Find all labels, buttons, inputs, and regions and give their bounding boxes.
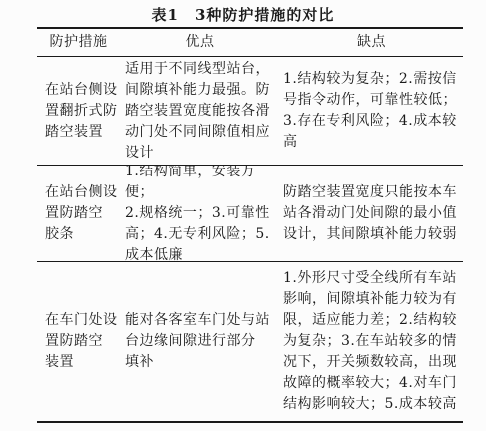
cell-measure: 在站台侧设 置防踏空 胶条 bbox=[37, 166, 120, 261]
table-row: 在站台侧设 置翻折式防 踏空装置 适用于不同线型站台， 间隙填补能力最强。防 踏… bbox=[37, 57, 463, 166]
table-header-row: 防护措施 优点 缺点 bbox=[37, 29, 463, 57]
document-page: 表1 3种防护措施的对比 防护措施 优点 缺点 在站台侧设 置翻折式防 踏空装置… bbox=[0, 0, 486, 431]
cell-cons: 防踏空装置宽度只能按本车 站各滑动门处间隙的最小值 设计，其间隙填补能力较弱 bbox=[280, 166, 463, 261]
column-header-measure: 防护措施 bbox=[37, 29, 120, 56]
cell-pros: 能对各客室车门处与站 台边缘间隙进行部分 填补 bbox=[120, 262, 280, 421]
cell-measure: 在车门处设 置防踏空 装置 bbox=[37, 262, 120, 421]
table-row: 在站台侧设 置防踏空 胶条 1.结构简单，安装方便； 2.规格统一；3.可靠性 … bbox=[37, 166, 463, 262]
column-header-cons: 缺点 bbox=[280, 29, 463, 56]
column-header-pros: 优点 bbox=[120, 29, 280, 56]
table-title: 表1 3种防护措施的对比 bbox=[0, 4, 486, 26]
cell-pros: 1.结构简单，安装方便； 2.规格统一；3.可靠性 高；4.无专利风险；5. 成… bbox=[120, 166, 280, 261]
comparison-table: 防护措施 优点 缺点 在站台侧设 置翻折式防 踏空装置 适用于不同线型站台， 间… bbox=[37, 27, 463, 423]
table-row: 在车门处设 置防踏空 装置 能对各客室车门处与站 台边缘间隙进行部分 填补 1.… bbox=[37, 262, 463, 421]
cell-pros: 适用于不同线型站台， 间隙填补能力最强。防 踏空装置宽度能按各滑 动门处不同间隙… bbox=[120, 57, 280, 165]
cell-cons: 1.结构较为复杂；2.需按信 号指令动作，可靠性较低； 3.存在专利风险；4.成… bbox=[280, 57, 463, 165]
cell-measure: 在站台侧设 置翻折式防 踏空装置 bbox=[37, 57, 120, 165]
cell-cons: 1.外形尺寸受全线所有车站 影响，间隙填补能力较为有 限，适应能力差；2.结构较… bbox=[280, 262, 463, 421]
